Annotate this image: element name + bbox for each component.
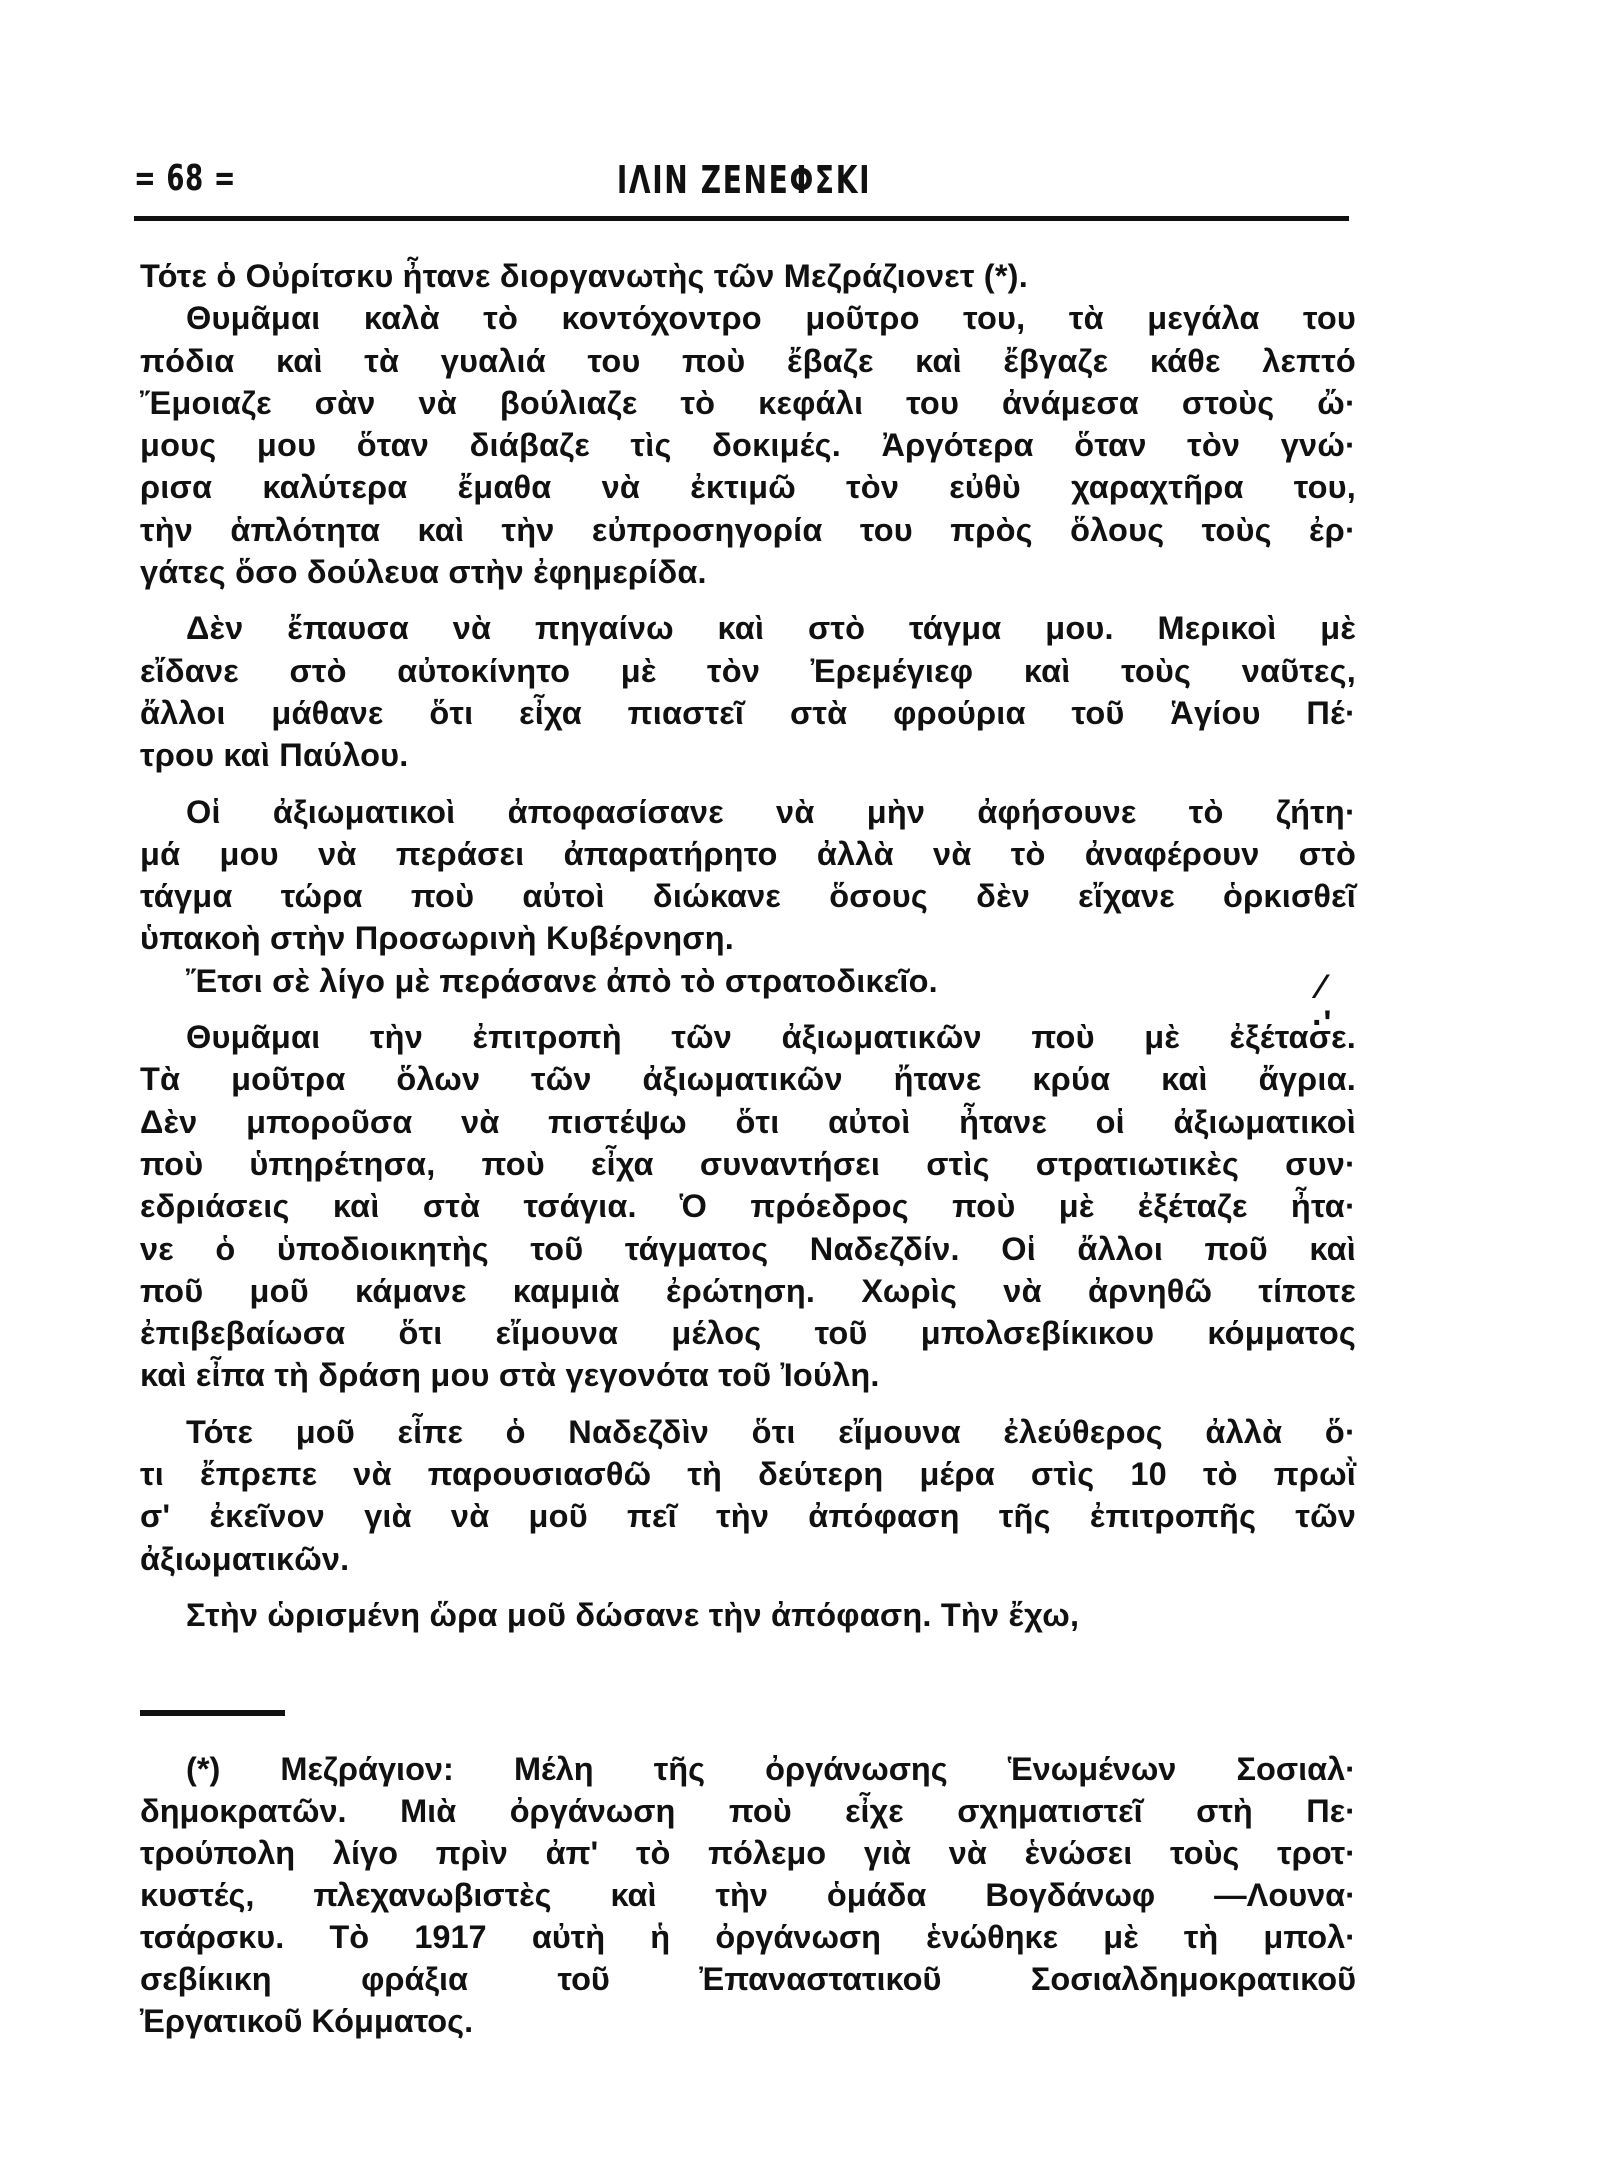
text-line: νε ὁ ὑποδιοικητὴς τοῦ τάγματος Ναδεζδίν.… [140, 1228, 1356, 1270]
text-line: καὶ εἶπα τὴ δράση μου στὰ γεγονότα τοῦ Ἰ… [140, 1354, 1356, 1396]
footnote-line: Ἐργατικοῦ Κόμματος. [140, 2000, 1356, 2042]
footnote-line: τρούπολη λίγο πρὶν ἀπ' τὸ πόλεμο γιὰ νὰ … [140, 1832, 1356, 1874]
text-line: ρισα καλύτερα ἔμαθα νὰ ἐκτιμῶ τὸν εὐθὺ χ… [140, 466, 1356, 508]
paragraph: Δὲν ἔπαυσα νὰ πηγαίνω καὶ στὸ τάγμα μου.… [140, 607, 1356, 776]
text-line: Οἱ ἀξιωματικοὶ ἀποφασίσανε νὰ μὴν ἀφήσου… [140, 791, 1356, 833]
text-line: τρου καὶ Παύλου. [140, 734, 1356, 776]
text-line: Τότε ὁ Οὐρίτσκυ ἦτανε διοργανωτὴς τῶν Με… [140, 255, 1356, 297]
text-line: εδριάσεις καὶ στὰ τσάγια. Ὁ πρόεδρος ποὺ… [140, 1185, 1356, 1227]
paragraph: Θυμᾶμαι τὴν ἐπιτροπὴ τῶν ἀξιωματικῶν ποὺ… [140, 1016, 1356, 1397]
text-line: πόδια καὶ τὰ γυαλιά του ποὺ ἔβαζε καὶ ἔβ… [140, 340, 1356, 382]
text-line: τὴν ἁπλότητα καὶ τὴν εὐπροσηγορία του πρ… [140, 509, 1356, 551]
text-line: σ' ἐκεῖνον γιὰ νὰ μοῦ πεῖ τὴν ἀπόφαση τῆ… [140, 1495, 1356, 1537]
text-line: Τὰ μοῦτρα ὅλων τῶν ἀξιωματικῶν ἤτανε κρύ… [140, 1058, 1356, 1100]
text-line: Στὴν ὡρισμένη ὥρα μοῦ δώσανε τὴν ἀπόφαση… [140, 1594, 1356, 1636]
text-line: Δὲν ἔπαυσα νὰ πηγαίνω καὶ στὸ τάγμα μου.… [140, 607, 1356, 649]
margin-mark: ·' [1312, 1004, 1331, 1043]
text-line: γάτες ὅσο δούλευα στὴν ἐφημερίδα. [140, 551, 1356, 593]
page-number: = 68 = [134, 158, 236, 199]
book-page: = 68 = ΙΛΙΝ ΖΕΝΕΦΣΚΙ Τότε ὁ Οὐρίτσκυ ἦτα… [0, 0, 1600, 2157]
paragraph: Τότε ὁ Οὐρίτσκυ ἦτανε διοργανωτὴς τῶν Με… [140, 255, 1356, 297]
footnote-line: κυστές, πλεχανωβιστὲς καὶ τὴν ὁμάδα Βογδ… [140, 1874, 1356, 1916]
text-line: ποὺ ὑπηρέτησα, ποὺ εἶχα συναντήσει στὶς … [140, 1143, 1356, 1185]
text-line: Ἔμοιαζε σὰν νὰ βούλιαζε τὸ κεφάλι του ἀν… [140, 382, 1356, 424]
text-line: μά μου νὰ περάσει ἀπαρατήρητο ἀλλὰ νὰ τὸ… [140, 833, 1356, 875]
paragraph: Οἱ ἀξιωματικοὶ ἀποφασίσανε νὰ μὴν ἀφήσου… [140, 791, 1356, 960]
paragraph: Τότε μοῦ εἶπε ὁ Ναδεζδὶν ὅτι εἴμουνα ἐλε… [140, 1411, 1356, 1580]
text-line: εἴδανε στὸ αὐτοκίνητο μὲ τὸν Ἐρεμέγιεφ κ… [140, 650, 1356, 692]
footnote-rule [140, 1710, 285, 1716]
footnote-line: (*) Μεζράγιον: Μέλη τῆς ὀργάνωσης Ἑνωμέν… [140, 1748, 1356, 1790]
header-rule [134, 216, 1349, 221]
paragraph: Ἔτσι σὲ λίγο μὲ περάσανε ἀπὸ τὸ στρατοδι… [140, 960, 1356, 1002]
main-text: Τότε ὁ Οὐρίτσκυ ἦτανε διοργανωτὴς τῶν Με… [140, 255, 1356, 1636]
footnote: (*) Μεζράγιον: Μέλη τῆς ὀργάνωσης Ἑνωμέν… [140, 1748, 1356, 2042]
text-line: ποῦ μοῦ κάμανε καμμιὰ ἐρώτηση. Χωρὶς νὰ … [140, 1270, 1356, 1312]
text-line: τάγμα τώρα ποὺ αὐτοὶ διώκανε ὅσους δὲν ε… [140, 875, 1356, 917]
running-head: ΙΛΙΝ ΖΕΝΕΦΣΚΙ [244, 158, 1244, 202]
footnote-line: τσάρσκυ. Τὸ 1917 αὐτὴ ἡ ὀργάνωση ἑνώθηκε… [140, 1916, 1356, 1958]
text-line: ἐπιβεβαίωσα ὅτι εἴμουνα μέλος τοῦ μπολσε… [140, 1312, 1356, 1354]
text-line: Τότε μοῦ εἶπε ὁ Ναδεζδὶν ὅτι εἴμουνα ἐλε… [140, 1411, 1356, 1453]
text-line: ὑπακοὴ στὴν Προσωρινὴ Κυβέρνηση. [140, 917, 1356, 959]
text-line: Ἔτσι σὲ λίγο μὲ περάσανε ἀπὸ τὸ στρατοδι… [140, 960, 1356, 1002]
footnote-line: σεβίκικη φράξια τοῦ Ἐπαναστατικοῦ Σοσιαλ… [140, 1958, 1356, 2000]
footnote-line: δημοκρατῶν. Μιὰ ὀργάνωση ποὺ εἶχε σχηματ… [140, 1790, 1356, 1832]
margin-mark: ⁄ [1318, 968, 1324, 1007]
text-line: Θυμᾶμαι καλὰ τὸ κοντόχοντρο μοῦτρο του, … [140, 297, 1356, 339]
text-line: Θυμᾶμαι τὴν ἐπιτροπὴ τῶν ἀξιωματικῶν ποὺ… [140, 1016, 1356, 1058]
text-line: ἄλλοι μάθανε ὅτι εἶχα πιαστεῖ στὰ φρούρι… [140, 692, 1356, 734]
text-line: ἀξιωματικῶν. [140, 1538, 1356, 1580]
text-line: Δὲν μποροῦσα νὰ πιστέψω ὅτι αὐτοὶ ἦτανε … [140, 1101, 1356, 1143]
paragraph: Στὴν ὡρισμένη ὥρα μοῦ δώσανε τὴν ἀπόφαση… [140, 1594, 1356, 1636]
paragraph: Θυμᾶμαι καλὰ τὸ κοντόχοντρο μοῦτρο του, … [140, 297, 1356, 593]
page-header: = 68 = ΙΛΙΝ ΖΕΝΕΦΣΚΙ [134, 158, 1354, 218]
text-line: τι ἔπρεπε νὰ παρουσιασθῶ τὴ δεύτερη μέρα… [140, 1453, 1356, 1495]
text-line: μους μου ὅταν διάβαζε τὶς δοκιμές. Ἀργότ… [140, 424, 1356, 466]
